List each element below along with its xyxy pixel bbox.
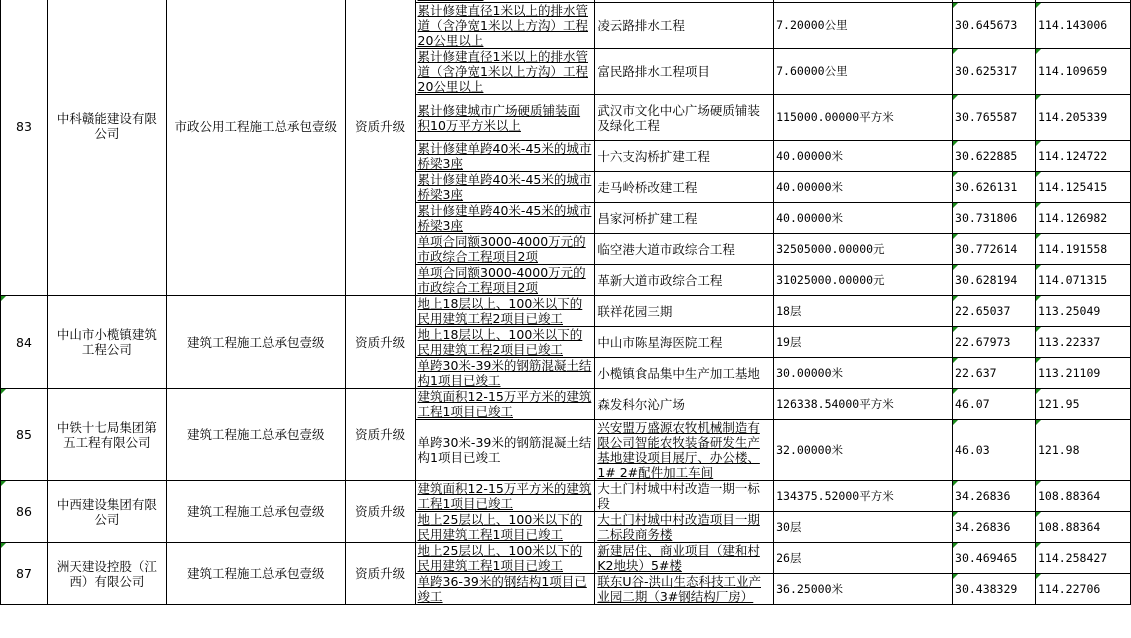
longitude[interactable]: 114.22706	[1035, 574, 1130, 605]
latitude[interactable]: 46.07	[953, 389, 1036, 420]
requirement[interactable]: 建筑面积12-15万平方米的建筑工程1项目已竣工	[415, 481, 595, 512]
longitude[interactable]: 108.88364	[1035, 481, 1130, 512]
latitude[interactable]: 34.26836	[953, 481, 1036, 512]
requirement[interactable]: 单项合同额3000-4000万元的市政综合工程项目2项	[415, 265, 595, 296]
comment-indicator-icon	[953, 172, 958, 177]
table-row: 85 中铁十七局集团第五工程有限公司 建筑工程施工总承包壹级 资质升级 建筑面积…	[1, 389, 1131, 420]
comment-indicator-icon	[953, 234, 958, 239]
project-name[interactable]: 小榄镇食品集中生产加工基地	[595, 358, 774, 389]
requirement[interactable]: 地上18层以上、100米以下的民用建筑工程2项目已竣工	[415, 296, 595, 327]
comment-indicator-icon	[953, 420, 958, 425]
scale[interactable]: 32.00000米	[774, 420, 953, 481]
row-number[interactable]: 85	[1, 389, 48, 481]
scale[interactable]: 7.60000公里	[774, 49, 953, 95]
requirement[interactable]: 累计修建单跨40米-45米的城市桥梁3座	[415, 141, 595, 172]
comment-indicator-icon	[1, 296, 6, 301]
requirement[interactable]: 累计修建直径1米以上的排水管道（含净宽1米以上方沟）工程20公里以上	[415, 3, 595, 49]
table-row: 87 洲天建设控股（江西）有限公司 建筑工程施工总承包壹级 资质升级 地上25层…	[1, 543, 1131, 574]
comment-indicator-icon	[953, 49, 958, 54]
comment-indicator-icon	[1036, 512, 1041, 517]
comment-indicator-icon	[1036, 49, 1041, 54]
longitude[interactable]: 113.21109	[1035, 358, 1130, 389]
latitude[interactable]: 46.03	[953, 420, 1036, 481]
project-name[interactable]: 凌云路排水工程	[595, 3, 774, 49]
longitude[interactable]: 121.95	[1035, 389, 1130, 420]
comment-indicator-icon	[953, 265, 958, 270]
table-row: 84 中山市小榄镇建筑工程公司 建筑工程施工总承包壹级 资质升级 地上18层以上…	[1, 296, 1131, 327]
project-name[interactable]: 富民路排水工程项目	[595, 49, 774, 95]
scale[interactable]: 19层	[774, 327, 953, 358]
comment-indicator-icon	[953, 327, 958, 332]
requirement[interactable]: 地上18层以上、100米以下的民用建筑工程2项目已竣工	[415, 327, 595, 358]
scale[interactable]: 30层	[774, 512, 953, 543]
project-name[interactable]: 十六支沟桥扩建工程	[595, 141, 774, 172]
latitude[interactable]: 30.628194	[953, 265, 1036, 296]
latitude[interactable]: 30.622885	[953, 141, 1036, 172]
row-number[interactable]: 83	[1, 0, 48, 296]
requirement[interactable]: 建筑面积12-15万平方米的建筑工程1项目已竣工	[415, 389, 595, 420]
longitude[interactable]: 114.071315	[1035, 265, 1130, 296]
requirement[interactable]: 单跨30米-39米的钢筋混凝土结构1项目已竣工	[415, 420, 595, 481]
application-type[interactable]: 资质升级	[345, 389, 415, 481]
comment-indicator-icon	[953, 481, 958, 486]
application-type[interactable]: 资质升级	[345, 0, 415, 296]
comment-indicator-icon	[1036, 543, 1041, 548]
row-number[interactable]: 86	[1, 481, 48, 543]
comment-indicator-icon	[1036, 95, 1041, 100]
comment-indicator-icon	[1036, 574, 1041, 579]
company-name[interactable]: 洲天建设控股（江西）有限公司	[47, 543, 166, 605]
requirement[interactable]: 累计修建城市广场硬质铺装面积10万平方米以上	[415, 95, 595, 141]
latitude[interactable]: 34.26836	[953, 512, 1036, 543]
longitude[interactable]: 114.143006	[1035, 3, 1130, 49]
longitude[interactable]: 114.109659	[1035, 49, 1130, 95]
requirement[interactable]: 单跨36-39米的钢结构1项目已竣工	[415, 574, 595, 605]
longitude[interactable]: 114.125415	[1035, 172, 1130, 203]
comment-indicator-icon	[953, 543, 958, 548]
comment-indicator-icon	[953, 574, 958, 579]
longitude[interactable]: 121.98	[1035, 420, 1130, 481]
qualification[interactable]: 建筑工程施工总承包壹级	[166, 481, 345, 543]
company-name[interactable]: 中铁十七局集团第五工程有限公司	[47, 389, 166, 481]
comment-indicator-icon	[1, 481, 6, 486]
comment-indicator-icon	[1036, 172, 1041, 177]
comment-indicator-icon	[1, 543, 6, 548]
application-type[interactable]: 资质升级	[345, 543, 415, 605]
row-number[interactable]: 87	[1, 543, 48, 605]
latitude[interactable]: 30.645673	[953, 3, 1036, 49]
latitude[interactable]: 22.637	[953, 358, 1036, 389]
latitude[interactable]: 30.625317	[953, 49, 1036, 95]
longitude[interactable]: 114.191558	[1035, 234, 1130, 265]
latitude[interactable]: 22.67973	[953, 327, 1036, 358]
scale[interactable]: 18层	[774, 296, 953, 327]
requirement[interactable]: 单项合同额3000-4000万元的市政综合工程项目2项	[415, 234, 595, 265]
project-name[interactable]: 走马岭桥改建工程	[595, 172, 774, 203]
scale[interactable]: 36.25000米	[774, 574, 953, 605]
requirement[interactable]: 单跨30米-39米的钢筋混凝土结构1项目已竣工	[415, 358, 595, 389]
comment-indicator-icon	[1036, 141, 1041, 146]
qualification[interactable]: 建筑工程施工总承包壹级	[166, 543, 345, 605]
longitude[interactable]: 113.22337	[1035, 327, 1130, 358]
latitude[interactable]: 30.731806	[953, 203, 1036, 234]
requirement[interactable]: 累计修建直径1米以上的排水管道（含净宽1米以上方沟）工程20公里以上	[415, 49, 595, 95]
comment-indicator-icon	[953, 296, 958, 301]
comment-indicator-icon	[1, 389, 6, 394]
requirement[interactable]: 地上25层以上、100米以下的民用建筑工程1项目已竣工	[415, 543, 595, 574]
comment-indicator-icon	[1036, 296, 1041, 301]
application-type[interactable]: 资质升级	[345, 296, 415, 389]
company-name[interactable]: 中山市小榄镇建筑工程公司	[47, 296, 166, 389]
longitude[interactable]: 114.126982	[1035, 203, 1130, 234]
comment-indicator-icon	[1036, 265, 1041, 270]
comment-indicator-icon	[1036, 358, 1041, 363]
comment-indicator-icon	[953, 358, 958, 363]
comment-indicator-icon	[1036, 3, 1041, 8]
scale[interactable]: 115000.00000平方米	[774, 95, 953, 141]
comment-indicator-icon	[1036, 234, 1041, 239]
latitude[interactable]: 30.765587	[953, 95, 1036, 141]
longitude[interactable]: 113.25049	[1035, 296, 1130, 327]
longitude[interactable]: 114.124722	[1035, 141, 1130, 172]
scale[interactable]: 30.00000米	[774, 358, 953, 389]
comment-indicator-icon	[953, 141, 958, 146]
longitude[interactable]: 108.88364	[1035, 512, 1130, 543]
comment-indicator-icon	[1036, 420, 1041, 425]
scale[interactable]: 126338.54000平方米	[774, 389, 953, 420]
scale[interactable]: 40.00000米	[774, 141, 953, 172]
qualification-table: 83 中科赣能建设有限公司 市政公用工程施工总承包壹级 资质升级 累计修建直径1…	[0, 0, 1131, 605]
project-name[interactable]: 大土门村城中村改造一期一标段	[595, 481, 774, 512]
scale[interactable]: 40.00000米	[774, 172, 953, 203]
scale[interactable]: 7.20000公里	[774, 3, 953, 49]
longitude[interactable]: 114.205339	[1035, 95, 1130, 141]
latitude[interactable]: 30.438329	[953, 574, 1036, 605]
project-name[interactable]: 新建居住、商业项目（建和村K2地块）5#楼	[595, 543, 774, 574]
project-name[interactable]: 联东U谷-洪山生态科技工业产业园二期（3#钢结构厂房）	[595, 574, 774, 605]
comment-indicator-icon	[1036, 389, 1041, 394]
company-name[interactable]: 中科赣能建设有限公司	[47, 0, 166, 296]
project-name[interactable]: 兴安盟万盛源农牧机械制造有限公司智能农牧装备研发生产基地建设项目展厅、办公楼、1…	[595, 420, 774, 481]
scale[interactable]: 26层	[774, 543, 953, 574]
scale[interactable]: 31025000.00000元	[774, 265, 953, 296]
comment-indicator-icon	[953, 95, 958, 100]
requirement[interactable]: 累计修建单跨40米-45米的城市桥梁3座	[415, 172, 595, 203]
scale[interactable]: 134375.52000平方米	[774, 481, 953, 512]
project-name[interactable]: 临空港大道市政综合工程	[595, 234, 774, 265]
latitude[interactable]: 30.626131	[953, 172, 1036, 203]
comment-indicator-icon	[1036, 203, 1041, 208]
row-number[interactable]: 84	[1, 296, 48, 389]
project-name[interactable]: 革新大道市政综合工程	[595, 265, 774, 296]
project-name[interactable]: 武汉市文化中心广场硬质铺装及绿化工程	[595, 95, 774, 141]
project-name[interactable]: 昌家河桥扩建工程	[595, 203, 774, 234]
company-name[interactable]: 中西建设集团有限公司	[47, 481, 166, 543]
longitude[interactable]: 114.258427	[1035, 543, 1130, 574]
table-row: 86 中西建设集团有限公司 建筑工程施工总承包壹级 资质升级 建筑面积12-15…	[1, 481, 1131, 512]
latitude[interactable]: 30.772614	[953, 234, 1036, 265]
project-name[interactable]: 中山市陈星海医院工程	[595, 327, 774, 358]
application-type[interactable]: 资质升级	[345, 481, 415, 543]
project-name[interactable]: 联祥花园三期	[595, 296, 774, 327]
comment-indicator-icon	[953, 512, 958, 517]
scale[interactable]: 40.00000米	[774, 203, 953, 234]
comment-indicator-icon	[1036, 327, 1041, 332]
latitude[interactable]: 22.65037	[953, 296, 1036, 327]
requirement[interactable]: 地上25层以上、100米以下的民用建筑工程1项目已竣工	[415, 512, 595, 543]
qualification[interactable]: 市政公用工程施工总承包壹级	[166, 0, 345, 296]
scale[interactable]: 32505000.00000元	[774, 234, 953, 265]
latitude[interactable]: 30.469465	[953, 543, 1036, 574]
comment-indicator-icon	[953, 203, 958, 208]
qualification[interactable]: 建筑工程施工总承包壹级	[166, 296, 345, 389]
qualification[interactable]: 建筑工程施工总承包壹级	[166, 389, 345, 481]
requirement[interactable]: 累计修建单跨40米-45米的城市桥梁3座	[415, 203, 595, 234]
project-name[interactable]: 大土门村城中村改造项目一期二标段商务楼	[595, 512, 774, 543]
comment-indicator-icon	[953, 3, 958, 8]
comment-indicator-icon	[953, 389, 958, 394]
comment-indicator-icon	[1036, 481, 1041, 486]
project-name[interactable]: 森发科尔沁广场	[595, 389, 774, 420]
